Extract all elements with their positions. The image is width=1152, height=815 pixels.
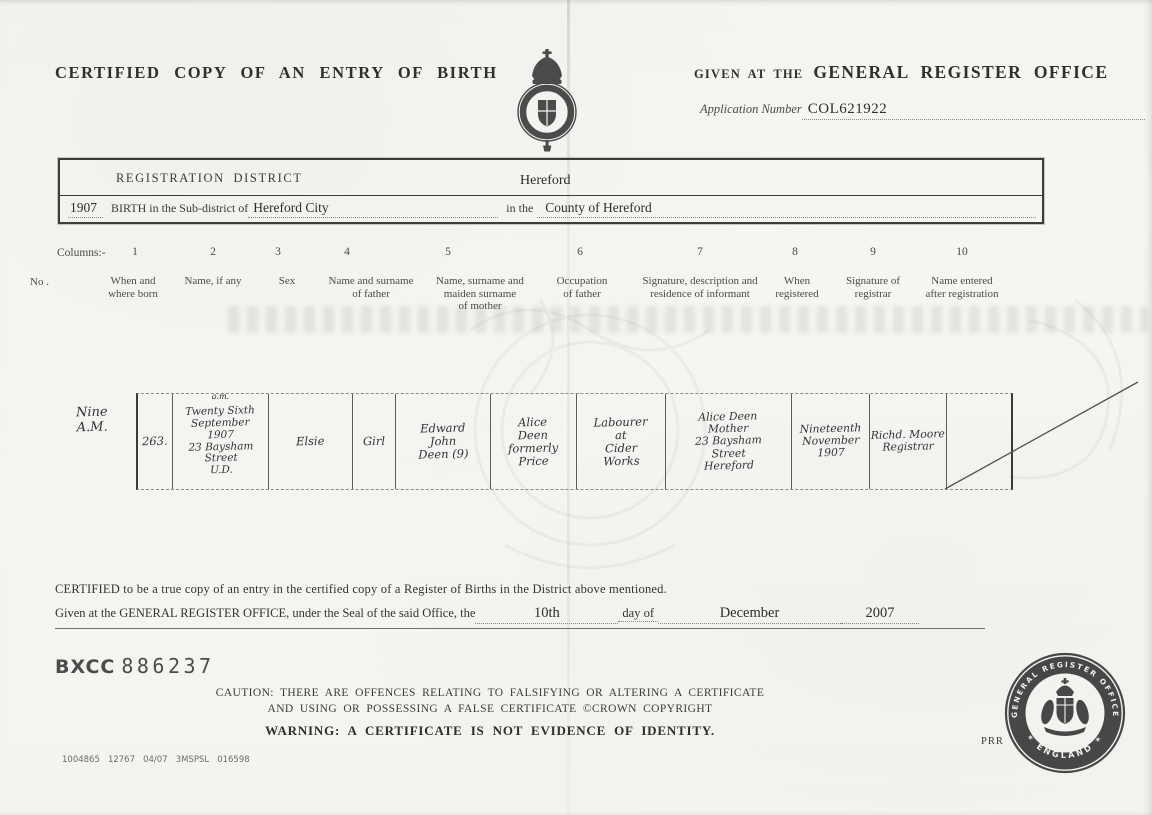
cell-father: Edward John Deen (9): [396, 394, 491, 489]
day-of-label: day of: [618, 606, 658, 622]
serial-number: BXCC 886237: [55, 654, 215, 678]
column-label-after-registration: Name entered after registration: [907, 275, 1017, 300]
column-number-6: 6: [568, 246, 592, 258]
sub-district-value: Hereford City: [248, 200, 498, 218]
when-registered-value: Nineteenth November 1907: [799, 422, 861, 460]
birth-subdistrict-label: BIRTH in the Sub-district of: [111, 201, 248, 216]
column-label-no: No .: [30, 276, 49, 288]
column-number-9: 9: [861, 246, 885, 258]
gro-header: GIVEN AT THE GENERAL REGISTER OFFICE: [694, 62, 1108, 83]
registration-district-box: REGISTRATION DISTRICT Hereford 1907 BIRT…: [58, 158, 1044, 224]
seal-month-value: December: [658, 605, 841, 624]
column-number-3: 3: [266, 246, 290, 258]
cell-registrar: Richd. Moore Registrar: [870, 394, 947, 489]
county-value: County of Hereford: [537, 200, 1036, 218]
column-number-5: 5: [436, 246, 460, 258]
serial-prefix: BXCC: [55, 656, 115, 678]
column-label-name: Name, if any: [163, 275, 263, 288]
registration-district-label: REGISTRATION DISTRICT: [116, 171, 303, 186]
father-value: Edward John Deen (9): [417, 421, 468, 461]
cell-occupation: Labourer at Cider Works: [577, 394, 666, 489]
informant-value: Alice Deen Mother 23 Baysham Street Here…: [694, 410, 762, 473]
security-band: [228, 306, 1148, 333]
column-number-7: 7: [688, 246, 712, 258]
diagonal-strike-line: [938, 374, 1148, 496]
print-code: 1004865 12767 04/07 3MSPSL 016598: [62, 755, 250, 765]
cell-when-where-born: a.m. Twenty Sixth September 1907 23 Bays…: [173, 394, 269, 489]
page-title: CERTIFIED COPY OF AN ENTRY OF BIRTH: [55, 63, 498, 83]
columns-intro-label: Columns:-: [57, 247, 106, 259]
cell-name: Elsie: [269, 394, 353, 489]
certified-statement: CERTIFIED to be a true copy of an entry …: [55, 582, 667, 597]
registration-year: 1907: [68, 200, 103, 218]
gro-seal-icon: GENERAL REGISTER OFFICE ✶ ENGLAND ✶: [1003, 651, 1127, 775]
application-number-row: Application Number COL621922: [700, 101, 1145, 120]
given-at-prefix: GIVEN AT THE: [694, 67, 803, 82]
when-where-born-value: Twenty Sixth September 1907 23 Baysham S…: [185, 405, 256, 478]
serial-digits: 886237: [121, 654, 214, 678]
mother-value: Alice Deen formerly Price: [508, 415, 559, 468]
sex-value: Girl: [363, 435, 385, 449]
name-value: Elsie: [296, 435, 325, 449]
time-mark-value: a.m.: [212, 392, 229, 401]
given-at-row: Given at the GENERAL REGISTER OFFICE, un…: [55, 605, 985, 624]
record-table: 263. a.m. Twenty Sixth September 1907 23…: [136, 393, 1013, 490]
caution-line-1: CAUTION: THERE ARE OFFENCES RELATING TO …: [158, 686, 822, 702]
given-at-prefix-text: Given at the GENERAL REGISTER OFFICE, un…: [55, 606, 475, 621]
cell-when-registered: Nineteenth November 1907: [792, 394, 870, 489]
registration-birth-row: 1907 BIRTH in the Sub-district of Herefo…: [68, 200, 1036, 218]
registration-district-value: Hereford: [520, 173, 571, 189]
in-the-label: in the: [506, 201, 533, 216]
certificate-page: CERTIFIED COPY OF AN ENTRY OF BIRTH GIVE…: [0, 0, 1152, 815]
occupation-value: Labourer at Cider Works: [593, 415, 648, 468]
column-label-when-registered: When registered: [759, 275, 835, 300]
signature-rule: [55, 628, 985, 629]
cell-mother: Alice Deen formerly Price: [491, 394, 577, 489]
application-number-label: Application Number: [700, 102, 802, 117]
cell-informant: Alice Deen Mother 23 Baysham Street Here…: [666, 394, 792, 489]
application-number-value: COL621922: [802, 101, 1145, 120]
margin-note-time-of-birth: Nine A.M.: [52, 405, 133, 436]
column-number-10: 10: [950, 246, 974, 258]
column-number-1: 1: [123, 246, 147, 258]
cell-entry-number: 263.: [138, 394, 173, 489]
column-number-8: 8: [783, 246, 807, 258]
registration-box-divider: [60, 195, 1042, 196]
column-label-registrar: Signature of registrar: [828, 275, 918, 300]
seal-year-value: 2007: [841, 605, 919, 624]
entry-number-value: 263.: [142, 435, 168, 449]
caution-block: CAUTION: THERE ARE OFFENCES RELATING TO …: [158, 686, 822, 739]
registrar-value: Richd. Moore Registrar: [871, 428, 946, 454]
column-label-sex: Sex: [262, 275, 312, 288]
gro-office-title: GENERAL REGISTER OFFICE: [813, 62, 1108, 83]
royal-crest-icon: [516, 48, 578, 152]
caution-line-2: AND USING OR POSSESSING A FALSE CERTIFIC…: [158, 702, 822, 718]
prr-code: PRR: [981, 736, 1004, 747]
column-number-4: 4: [335, 246, 359, 258]
warning-text: WARNING: A CERTIFICATE IS NOT EVIDENCE O…: [158, 723, 822, 739]
cell-sex: Girl: [353, 394, 396, 489]
seal-day-value: 10th: [475, 605, 618, 624]
column-number-2: 2: [201, 246, 225, 258]
column-label-mother: Name, surname and maiden surname of moth…: [415, 275, 545, 313]
